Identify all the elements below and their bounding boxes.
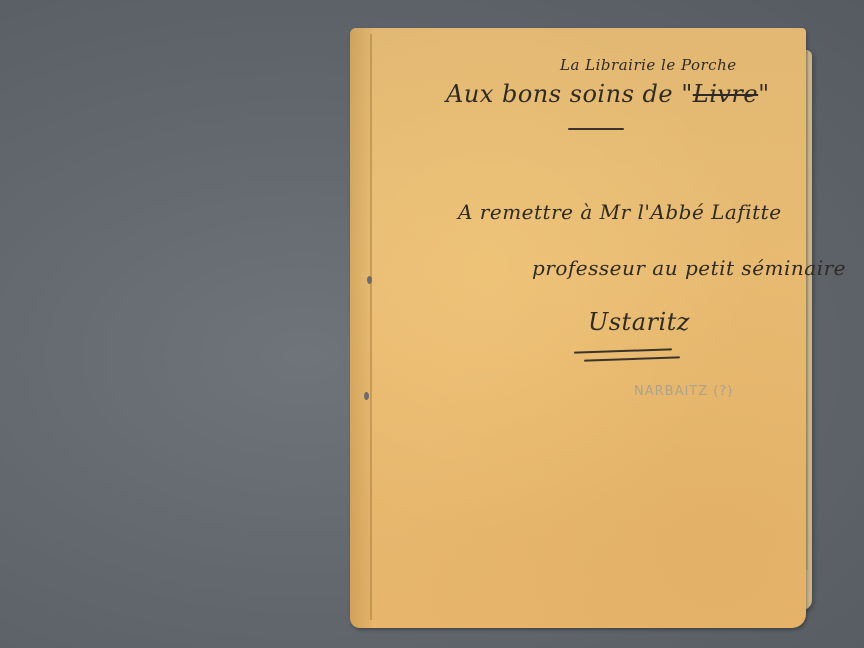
address-line-2: professeur au petit séminaire: [532, 256, 846, 280]
title-prefix: Aux bons soins de ": [446, 80, 693, 108]
booklet-cover: La Librairie le Porche Aux bons soins de…: [350, 28, 806, 628]
title-underline: [568, 128, 624, 130]
place-underline-1: [574, 348, 672, 353]
pencil-annotation: NARBAITZ (?): [634, 384, 733, 399]
header-note: La Librairie le Porche: [560, 56, 737, 74]
binding-hole: [367, 276, 372, 284]
title-suffix: ": [758, 80, 770, 108]
title-struck-word: Livre: [693, 80, 758, 108]
title-line: Aux bons soins de "Livre": [446, 80, 770, 108]
photo-scene: La Librairie le Porche Aux bons soins de…: [0, 0, 864, 648]
binding-hole: [364, 392, 369, 400]
place-name: Ustaritz: [588, 308, 690, 336]
address-line-1: A remettre à Mr l'Abbé Lafitte: [458, 200, 782, 224]
place-underline-2: [584, 356, 680, 361]
